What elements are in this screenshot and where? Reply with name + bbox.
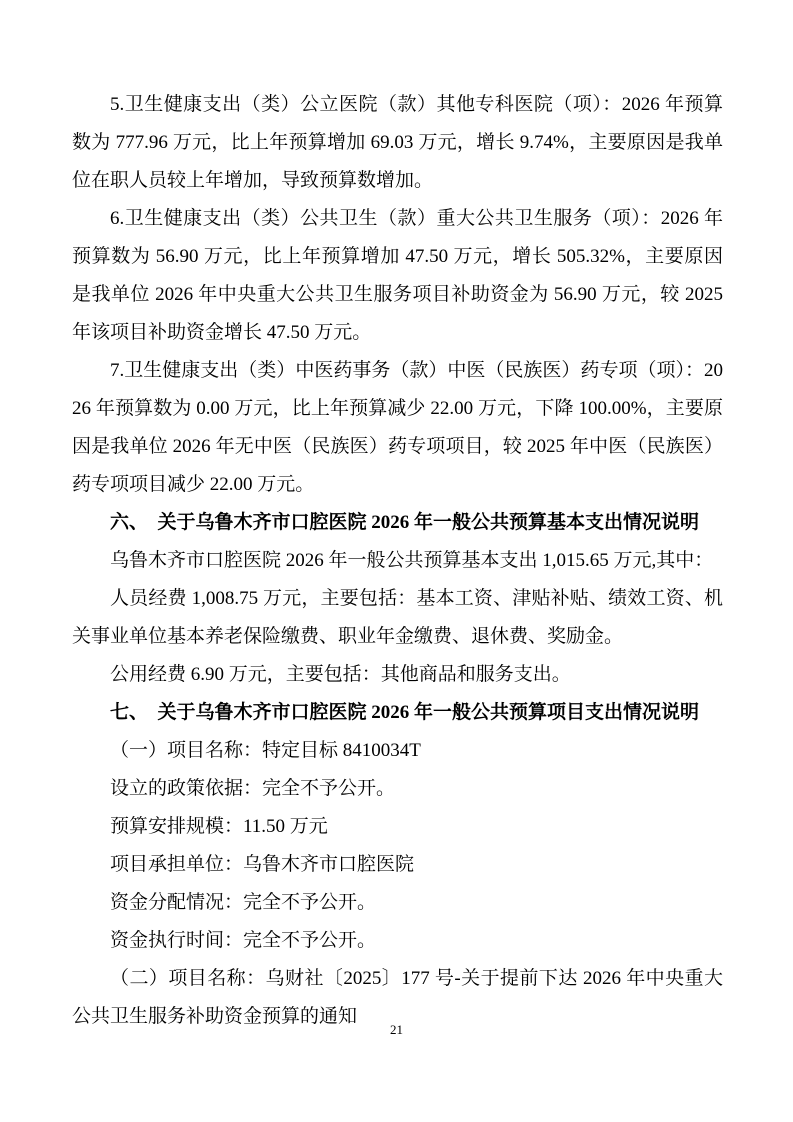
section-heading-7-project-expenditure: 七、 关于乌鲁木齐市口腔医院 2026 年一般公共预算项目支出情况说明 (72, 694, 723, 732)
paragraph-project1-policy-basis: 设立的政策依据：完全不予公开。 (72, 770, 723, 808)
document-body: 5.卫生健康支出（类）公立医院（款）其他专科医院（项）：2026 年预算数为 7… (72, 86, 723, 1036)
page-number: 21 (0, 1022, 793, 1038)
paragraph-personnel-funds: 人员经费 1,008.75 万元，主要包括：基本工资、津贴补贴、绩效工资、机关事… (72, 580, 723, 656)
paragraph-project1-budget-scale: 预算安排规模：11.50 万元 (72, 808, 723, 846)
paragraph-project1-undertaking-unit: 项目承担单位：乌鲁木齐市口腔医院 (72, 846, 723, 884)
paragraph-project1-fund-allocation: 资金分配情况：完全不予公开。 (72, 884, 723, 922)
paragraph-public-funds: 公用经费 6.90 万元，主要包括：其他商品和服务支出。 (72, 656, 723, 694)
section-heading-6-basic-expenditure: 六、 关于乌鲁木齐市口腔医院 2026 年一般公共预算基本支出情况说明 (72, 504, 723, 542)
paragraph-project1-fund-execution: 资金执行时间：完全不予公开。 (72, 922, 723, 960)
paragraph-item6-public-health: 6.卫生健康支出（类）公共卫生（款）重大公共卫生服务（项）：2026 年预算数为… (72, 200, 723, 352)
document-page: 5.卫生健康支出（类）公立医院（款）其他专科医院（项）：2026 年预算数为 7… (0, 0, 793, 1122)
paragraph-basic-expenditure-total: 乌鲁木齐市口腔医院 2026 年一般公共预算基本支出 1,015.65 万元,其… (72, 542, 723, 580)
paragraph-project1-name: （一）项目名称：特定目标 8410034T (72, 732, 723, 770)
paragraph-item7-tcm-special: 7.卫生健康支出（类）中医药事务（款）中医（民族医）药专项（项）：2026 年预… (72, 352, 723, 504)
paragraph-item5-public-hospital: 5.卫生健康支出（类）公立医院（款）其他专科医院（项）：2026 年预算数为 7… (72, 86, 723, 200)
